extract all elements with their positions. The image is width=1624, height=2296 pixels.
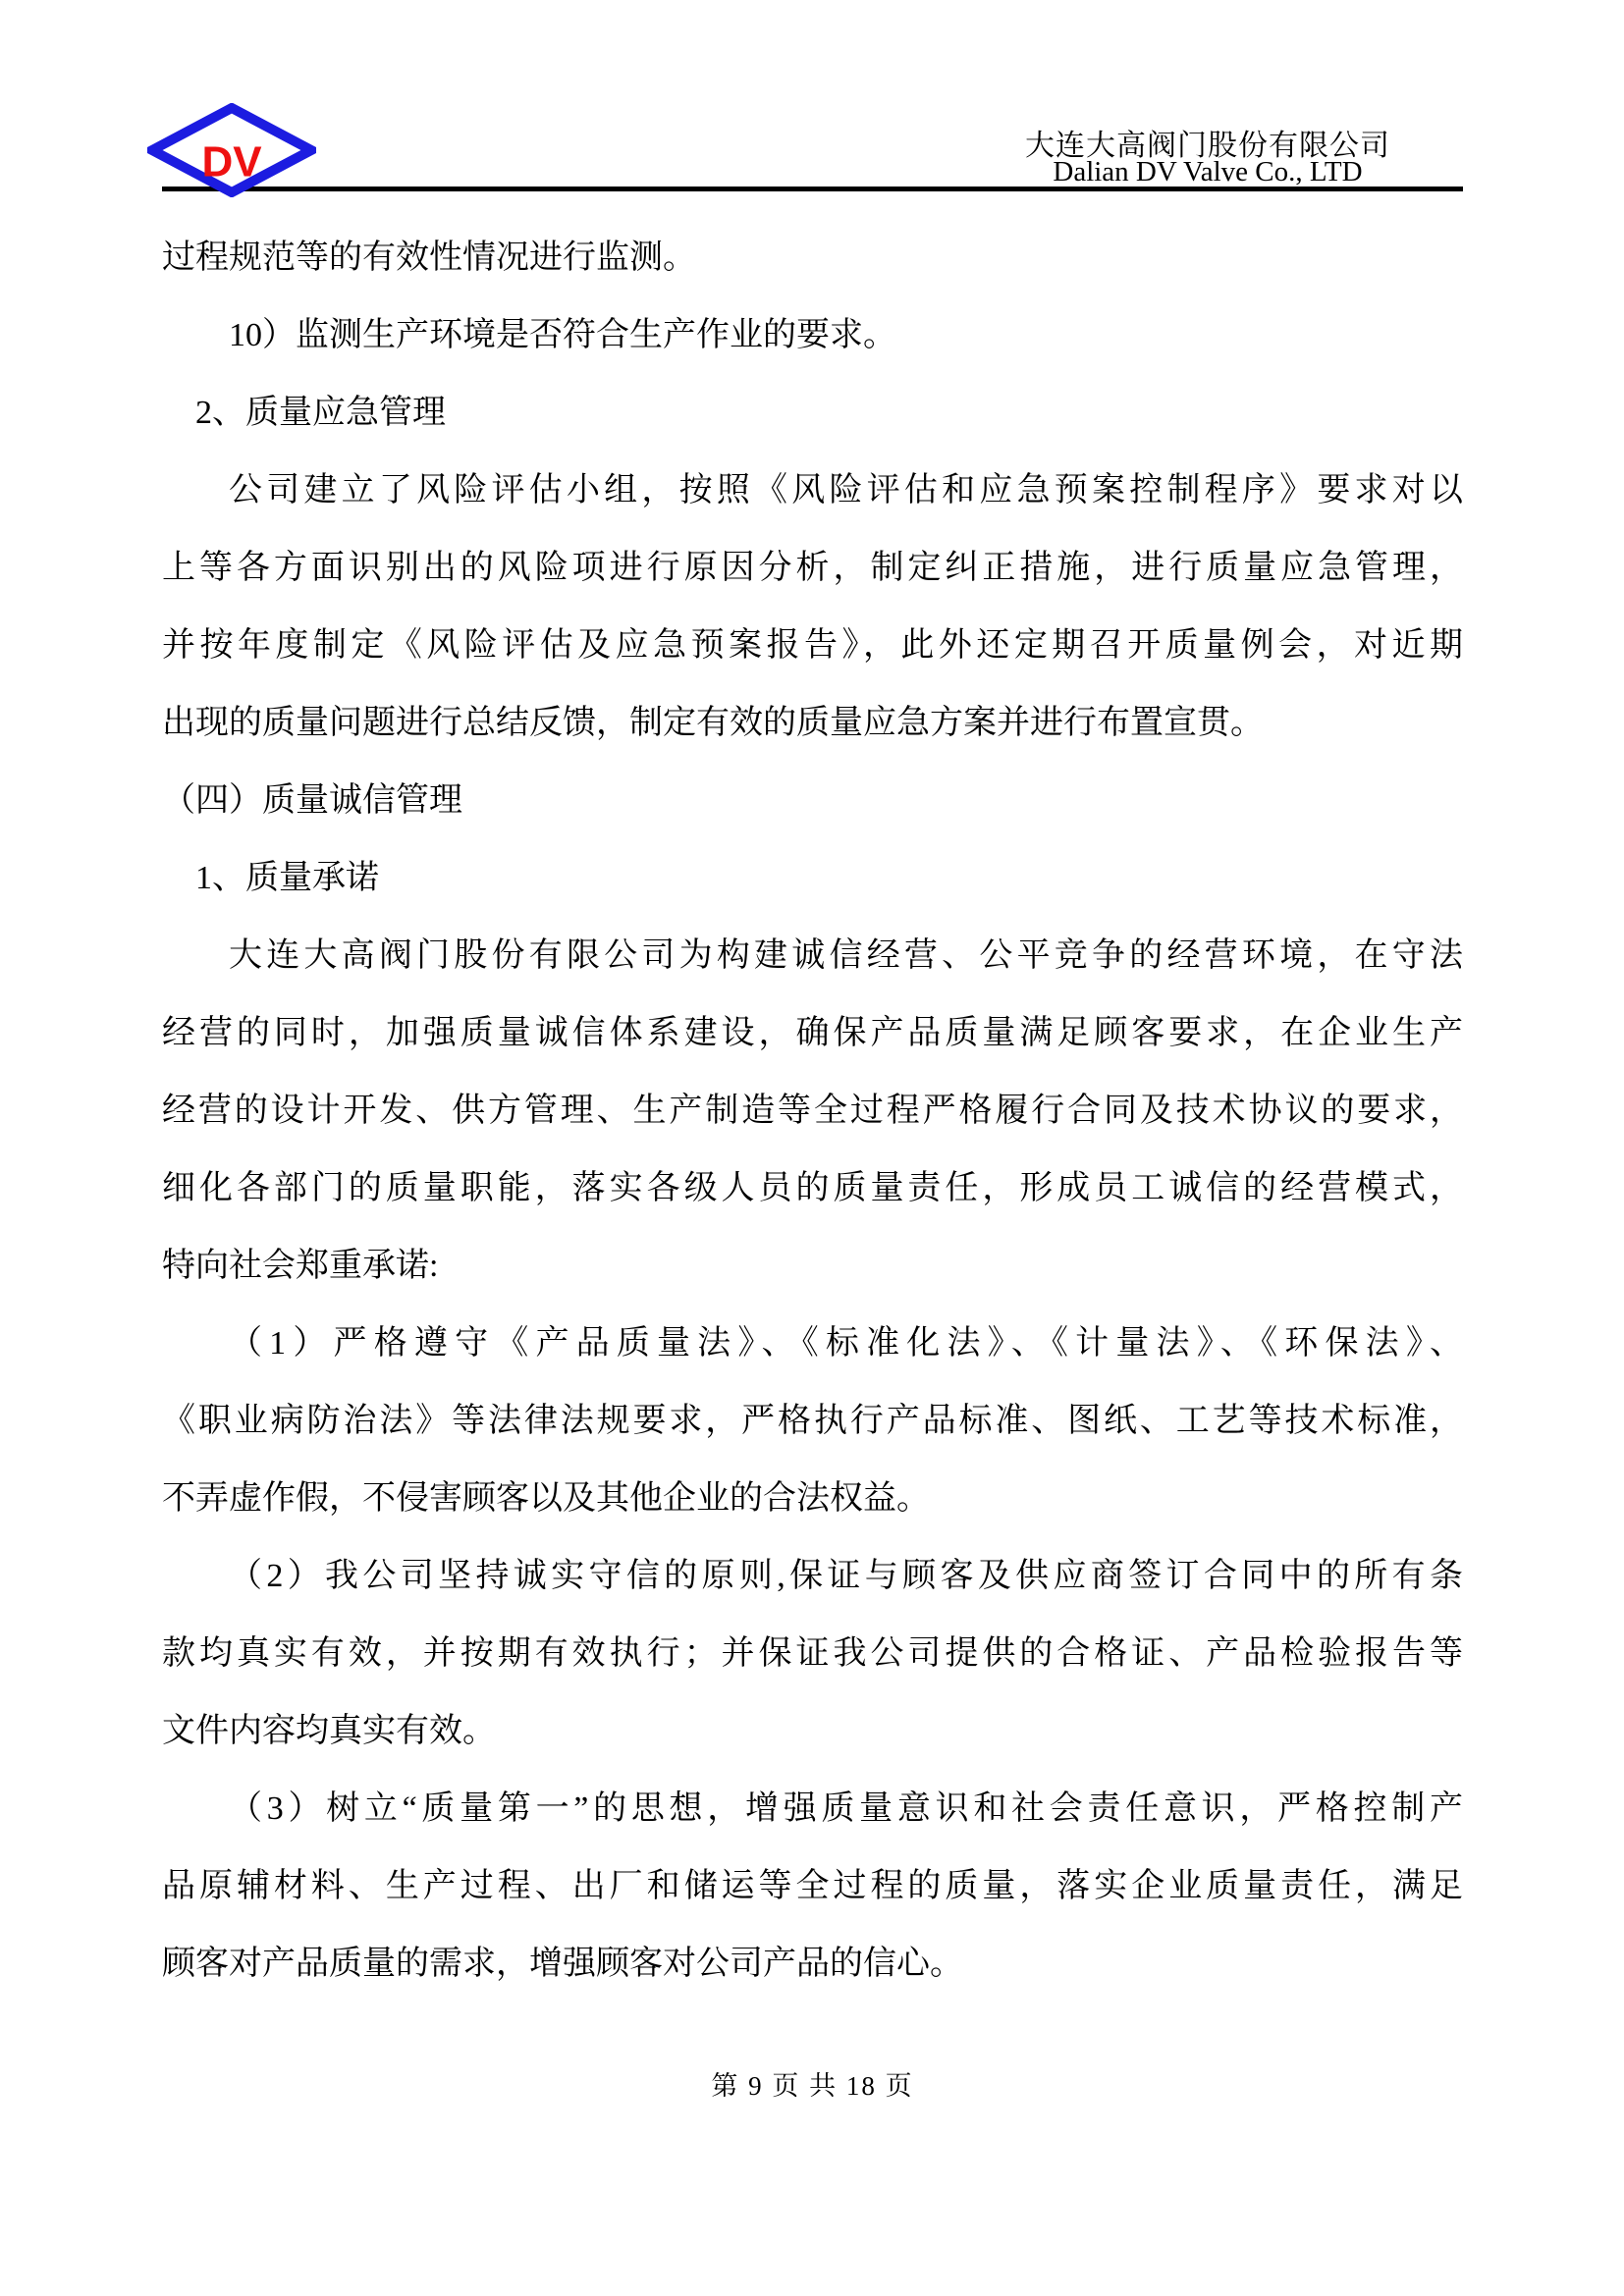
page-number: 第 9 页 共 18 页 (162, 2064, 1463, 2103)
body-line-8: （四）质量诚信管理 (162, 762, 1463, 839)
body-line-15: （1）严格遵守《产品质量法》、《标准化法》、《计量法》、《环保法》、 (162, 1305, 1463, 1382)
body-line-19: 款均真实有效，并按期有效执行；并保证我公司提供的合格证、产品检验报告等 (162, 1615, 1463, 1692)
body-line-3: 2、质量应急管理 (162, 374, 1463, 452)
body-line-16: 《职业病防治法》等法律法规要求，严格执行产品标准、图纸、工艺等技术标准， (162, 1382, 1463, 1460)
document-body: 过程规范等的有效性情况进行监测。10）监测生产环境是否符合生产作业的要求。2、质… (162, 219, 1463, 2002)
body-line-13: 细化各部门的质量职能，落实各级人员的质量责任，形成员工诚信的经营模式， (162, 1149, 1463, 1227)
body-line-14: 特向社会郑重承诺: (162, 1227, 1463, 1305)
body-line-5: 上等各方面识别出的风险项进行原因分析，制定纠正措施，进行质量应急管理， (162, 529, 1463, 607)
company-logo: DV (147, 103, 316, 197)
body-line-22: 品原辅材料、生产过程、出厂和储运等全过程的质量，落实企业质量责任，满足 (162, 1847, 1463, 1925)
company-name-english: Dalian DV Valve Co., LTD (933, 156, 1483, 188)
body-line-21: （3）树立“质量第一”的思想，增强质量意识和社会责任意识，严格控制产 (162, 1770, 1463, 1847)
body-line-11: 经营的同时，加强质量诚信体系建设，确保产品质量满足顾客要求，在企业生产 (162, 994, 1463, 1072)
body-line-18: （2）我公司坚持诚实守信的原则,保证与顾客及供应商签订合同中的所有条 (162, 1537, 1463, 1615)
body-line-4: 公司建立了风险评估小组，按照《风险评估和应急预案控制程序》要求对以 (162, 452, 1463, 529)
body-line-6: 并按年度制定《风险评估及应急预案报告》，此外还定期召开质量例会，对近期 (162, 607, 1463, 684)
body-line-2: 10）监测生产环境是否符合生产作业的要求。 (162, 296, 1463, 374)
logo-dv-text: DV (201, 138, 262, 187)
document-page: DV 大连大高阀门股份有限公司 Dalian DV Valve Co., LTD… (0, 0, 1624, 2296)
body-line-9: 1、质量承诺 (162, 839, 1463, 917)
body-line-1: 过程规范等的有效性情况进行监测。 (162, 219, 1463, 296)
body-line-7: 出现的质量问题进行总结反馈，制定有效的质量应急方案并进行布置宣贯。 (162, 684, 1463, 762)
body-line-12: 经营的设计开发、供方管理、生产制造等全过程严格履行合同及技术协议的要求， (162, 1072, 1463, 1149)
body-line-23: 顾客对产品质量的需求，增强顾客对公司产品的信心。 (162, 1925, 1463, 2002)
body-line-20: 文件内容均真实有效。 (162, 1692, 1463, 1770)
body-line-17: 不弄虚作假，不侵害顾客以及其他企业的合法权益。 (162, 1460, 1463, 1537)
body-line-10: 大连大高阀门股份有限公司为构建诚信经营、公平竞争的经营环境，在守法 (162, 917, 1463, 994)
